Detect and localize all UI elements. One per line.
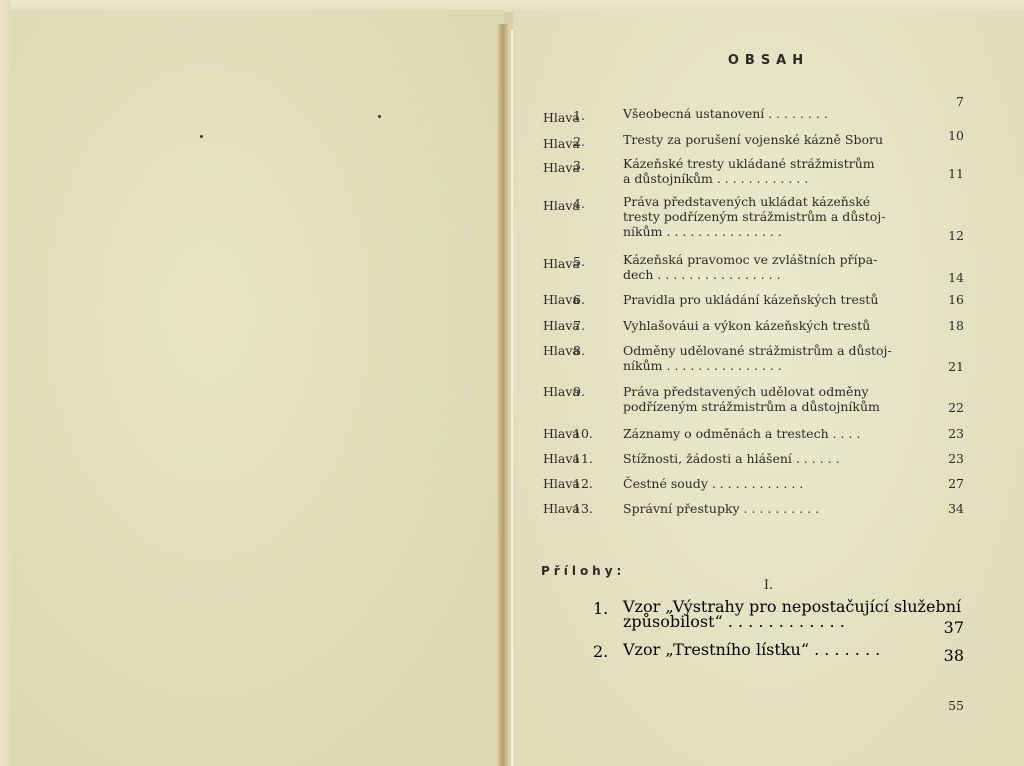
page-number: 11 xyxy=(948,166,964,181)
chapter-number: 5. xyxy=(573,254,585,269)
chapter-number: 12. xyxy=(573,476,593,491)
chapter-title: Kázeňské tresty ukládané strážmistrům a … xyxy=(623,156,918,186)
page-number: 23 xyxy=(948,426,964,441)
page-number: 16 xyxy=(948,292,964,307)
chapter-title: Všeobecná ustanovení . . . . . . . . xyxy=(623,106,918,121)
page-number: 21 xyxy=(948,359,964,374)
chapter-title: Čestné soudy . . . . . . . . . . . . xyxy=(623,476,918,491)
chapter-title: Odměny udělované strážmistrům a důstoj- … xyxy=(623,343,918,373)
page-number: 37 xyxy=(944,618,964,637)
chapter-title: Pravidla pro ukládání kázeňských trestů xyxy=(623,292,918,307)
chapter-number: 10. xyxy=(573,426,593,441)
chapter-title: Stížnosti, žádosti a hlášení . . . . . . xyxy=(623,451,918,466)
chapter-number: 2. xyxy=(573,134,585,149)
chapter-title: Kázeňská pravomoc ve zvláštních přípa- d… xyxy=(623,252,918,282)
page-number: 12 xyxy=(948,228,964,243)
chapter-number: 6. xyxy=(573,292,585,307)
chapter-title: Správní přestupky . . . . . . . . . . xyxy=(623,501,918,516)
page-number: 10 xyxy=(948,128,964,143)
page-number: 23 xyxy=(948,451,964,466)
chapter-number: 1. xyxy=(573,108,585,123)
annex-number: 2. xyxy=(593,642,608,661)
page-number: 22 xyxy=(948,400,964,415)
chapter-number: 4. xyxy=(573,196,585,211)
folio-page-number: 55 xyxy=(948,698,964,713)
left-page-blank xyxy=(10,10,504,766)
chapter-number: 9. xyxy=(573,384,585,399)
chapter-number: 8. xyxy=(573,343,585,358)
page-number: 27 xyxy=(948,476,964,491)
chapter-title: Vyhlašováui a výkon kázeňských trestů xyxy=(623,318,918,333)
annex-heading: Přílohy: xyxy=(541,564,625,578)
paper-speck xyxy=(200,135,203,138)
scan-left-edge xyxy=(0,0,10,766)
annex-title: Vzor „Výstrahy pro nepostačující služebn… xyxy=(623,599,918,629)
chapter-title: Práva představených udělovat odměny podř… xyxy=(623,384,918,414)
book-gutter xyxy=(498,24,508,766)
page-number: 34 xyxy=(948,501,964,516)
chapter-title: Tresty za porušení vojenské kázně Sboru xyxy=(623,132,918,147)
page-number: 38 xyxy=(944,646,964,665)
chapter-title: Záznamy o odměnách a trestech . . . . xyxy=(623,426,918,441)
chapter-number: 3. xyxy=(573,158,585,173)
annex-section-numeral: I. xyxy=(513,578,1024,593)
chapter-title: Práva představených ukládat kázeňské tre… xyxy=(623,194,918,239)
chapter-number: 13. xyxy=(573,501,593,516)
page-number: 7 xyxy=(956,94,964,109)
page-number: 14 xyxy=(948,270,964,285)
annex-number: 1. xyxy=(593,599,608,618)
chapter-number: 11. xyxy=(573,451,593,466)
page-number: 18 xyxy=(948,318,964,333)
annex-title: Vzor „Trestního lístku“ . . . . . . . xyxy=(623,642,918,657)
right-page-contents: OBSAH Hlava 1. Všeobecná ustanovení . . … xyxy=(513,10,1024,766)
chapter-number: 7. xyxy=(573,318,585,333)
paper-speck xyxy=(378,115,381,118)
